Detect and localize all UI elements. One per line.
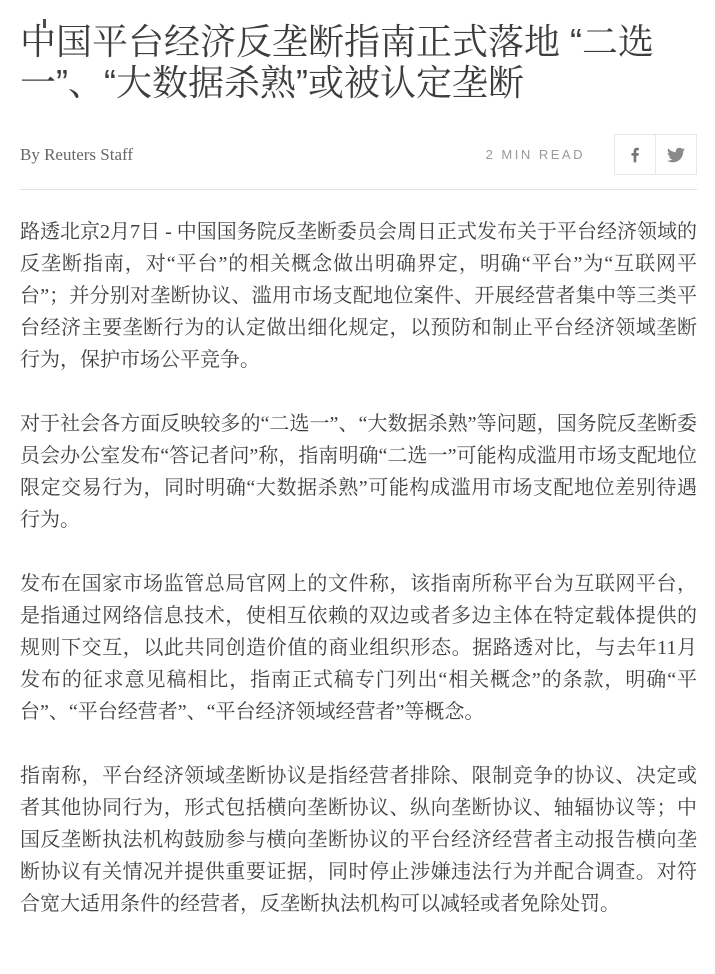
article-page: 中国平台经济反垄断指南正式落地 “二选一”、“大数据杀熟”或被认定垄断 By R… <box>0 0 715 940</box>
twitter-icon <box>667 146 685 164</box>
paragraph: 对于社会各方面反映较多的“二选一”、“大数据杀熟”等问题，国务院反垄断委员会办公… <box>20 408 697 536</box>
facebook-share-button[interactable] <box>614 134 656 175</box>
article-body: 路透北京2月7日 - 中国国务院反垄断委员会周日正式发布关于平台经济领域的反垄断… <box>20 216 697 920</box>
facebook-icon <box>627 147 643 163</box>
byline: By Reuters Staff <box>20 145 133 165</box>
paragraph: 路透北京2月7日 - 中国国务院反垄断委员会周日正式发布关于平台经济领域的反垄断… <box>20 216 697 376</box>
twitter-share-button[interactable] <box>655 134 697 175</box>
share-buttons <box>614 134 697 175</box>
byline-row: By Reuters Staff 2 MIN READ <box>20 134 697 175</box>
text-caret <box>43 19 46 28</box>
divider <box>20 189 697 190</box>
paragraph: 发布在国家市场监管总局官网上的文件称，该指南所称平台为互联网平台，是指通过网络信… <box>20 568 697 728</box>
article-title: 中国平台经济反垄断指南正式落地 “二选一”、“大数据杀熟”或被认定垄断 <box>20 21 682 103</box>
meta-group: 2 MIN READ <box>486 134 697 175</box>
read-time: 2 MIN READ <box>486 147 585 162</box>
paragraph: 指南称，平台经济领域垄断协议是指经营者排除、限制竞争的协议、决定或者其他协同行为… <box>20 760 697 920</box>
